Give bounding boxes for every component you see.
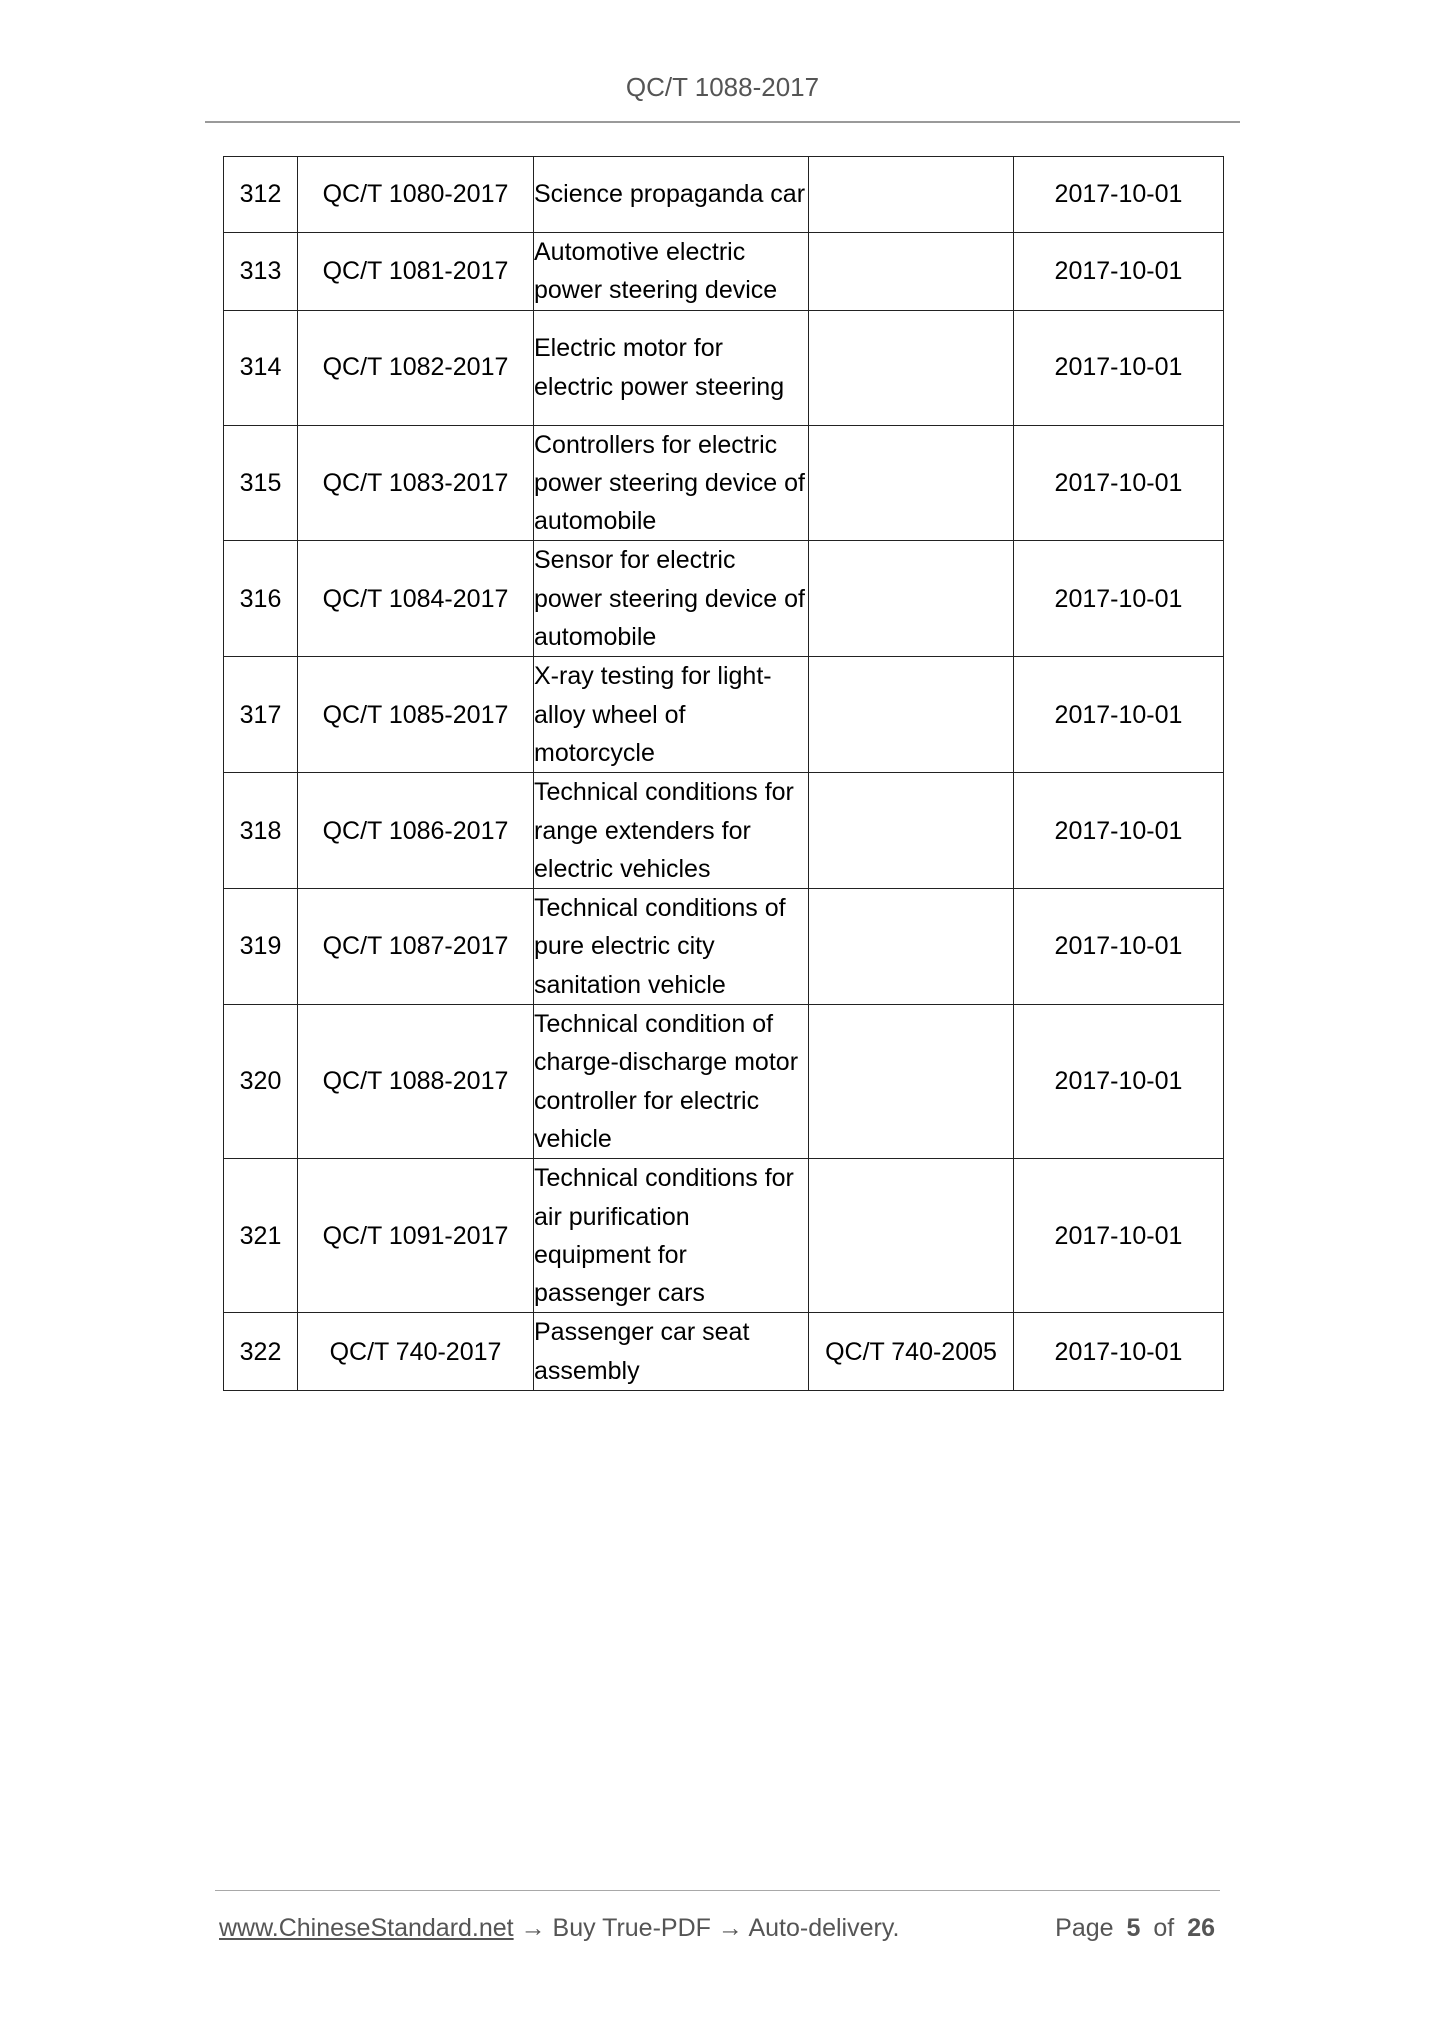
table-row: 313 QC/T 1081-2017 Automotive electric p… — [224, 233, 1224, 311]
implementation-date: 2017-10-01 — [1014, 889, 1224, 1005]
table-row: 316 QC/T 1084-2017 Sensor for electric p… — [224, 541, 1224, 657]
standard-code: QC/T 1091-2017 — [298, 1159, 534, 1313]
standard-title: Technical conditions for range extenders… — [534, 773, 809, 889]
website-link[interactable]: www.ChineseStandard.net — [219, 1914, 514, 1942]
of-label: of — [1153, 1914, 1174, 1942]
standard-code: QC/T 1087-2017 — [298, 889, 534, 1005]
table-row: 322 QC/T 740-2017 Passenger car seat ass… — [224, 1313, 1224, 1391]
replaced-standard — [809, 541, 1014, 657]
table-row: 321 QC/T 1091-2017 Technical conditions … — [224, 1159, 1224, 1313]
row-number: 315 — [224, 425, 298, 541]
table-row: 318 QC/T 1086-2017 Technical conditions … — [224, 773, 1224, 889]
current-page: 5 — [1127, 1914, 1141, 1942]
row-number: 312 — [224, 157, 298, 233]
replaced-standard — [809, 1005, 1014, 1159]
replaced-standard — [809, 425, 1014, 541]
right-arrow-icon: → — [521, 1914, 546, 1942]
implementation-date: 2017-10-01 — [1014, 310, 1224, 425]
standard-title: Electric motor for electric power steeri… — [534, 310, 809, 425]
implementation-date: 2017-10-01 — [1014, 657, 1224, 773]
replaced-standard — [809, 310, 1014, 425]
replaced-standard — [809, 889, 1014, 1005]
replaced-standard — [809, 773, 1014, 889]
standard-code: QC/T 1082-2017 — [298, 310, 534, 425]
implementation-date: 2017-10-01 — [1014, 1313, 1224, 1391]
implementation-date: 2017-10-01 — [1014, 1005, 1224, 1159]
standard-title: Controllers for electric power steering … — [534, 425, 809, 541]
standard-title: Passenger car seat assembly — [534, 1313, 809, 1391]
right-arrow-icon: → — [718, 1914, 743, 1942]
implementation-date: 2017-10-01 — [1014, 425, 1224, 541]
row-number: 314 — [224, 310, 298, 425]
standard-title: Science propaganda car — [534, 157, 809, 233]
standard-code: QC/T 1086-2017 — [298, 773, 534, 889]
table-row: 314 QC/T 1082-2017 Electric motor for el… — [224, 310, 1224, 425]
row-number: 319 — [224, 889, 298, 1005]
table-row: 315 QC/T 1083-2017 Controllers for elect… — [224, 425, 1224, 541]
standard-code: QC/T 1084-2017 — [298, 541, 534, 657]
row-number: 313 — [224, 233, 298, 311]
header-divider — [205, 121, 1240, 123]
page-header-title: QC/T 1088-2017 — [0, 72, 1445, 102]
standard-title: Technical conditions for air purificatio… — [534, 1159, 809, 1313]
implementation-date: 2017-10-01 — [1014, 233, 1224, 311]
replaced-standard — [809, 233, 1014, 311]
page-label: Page — [1055, 1914, 1113, 1942]
replaced-standard — [809, 657, 1014, 773]
row-number: 320 — [224, 1005, 298, 1159]
page-number: Page 5 of 26 — [1055, 1912, 1215, 1944]
standard-code: QC/T 1088-2017 — [298, 1005, 534, 1159]
table-row: 320 QC/T 1088-2017 Technical condition o… — [224, 1005, 1224, 1159]
standard-title: Sensor for electric power steering devic… — [534, 541, 809, 657]
row-number: 316 — [224, 541, 298, 657]
replaced-standard: QC/T 740-2005 — [809, 1313, 1014, 1391]
replaced-standard — [809, 157, 1014, 233]
standard-title: Automotive electric power steering devic… — [534, 233, 809, 311]
row-number: 321 — [224, 1159, 298, 1313]
standard-code: QC/T 1080-2017 — [298, 157, 534, 233]
standard-code: QC/T 1081-2017 — [298, 233, 534, 311]
footer-step-buy: Buy True-PDF — [553, 1914, 711, 1942]
table-row: 319 QC/T 1087-2017 Technical conditions … — [224, 889, 1224, 1005]
footer-step-delivery: Auto-delivery. — [748, 1914, 899, 1942]
standard-code: QC/T 1083-2017 — [298, 425, 534, 541]
footer-promo: www.ChineseStandard.net → Buy True-PDF →… — [219, 1912, 899, 1944]
implementation-date: 2017-10-01 — [1014, 1159, 1224, 1313]
standards-table: 312 QC/T 1080-2017 Science propaganda ca… — [223, 156, 1224, 1391]
table-row: 317 QC/T 1085-2017 X-ray testing for lig… — [224, 657, 1224, 773]
standard-title: X-ray testing for light-alloy wheel of m… — [534, 657, 809, 773]
standard-code: QC/T 740-2017 — [298, 1313, 534, 1391]
implementation-date: 2017-10-01 — [1014, 157, 1224, 233]
standard-title: Technical condition of charge-discharge … — [534, 1005, 809, 1159]
implementation-date: 2017-10-01 — [1014, 541, 1224, 657]
row-number: 322 — [224, 1313, 298, 1391]
standard-code: QC/T 1085-2017 — [298, 657, 534, 773]
row-number: 318 — [224, 773, 298, 889]
replaced-standard — [809, 1159, 1014, 1313]
implementation-date: 2017-10-01 — [1014, 773, 1224, 889]
row-number: 317 — [224, 657, 298, 773]
standard-title: Technical conditions of pure electric ci… — [534, 889, 809, 1005]
page-footer: www.ChineseStandard.net → Buy True-PDF →… — [219, 1912, 1219, 1944]
table-row: 312 QC/T 1080-2017 Science propaganda ca… — [224, 157, 1224, 233]
footer-divider — [215, 1890, 1220, 1891]
total-pages: 26 — [1187, 1914, 1215, 1942]
